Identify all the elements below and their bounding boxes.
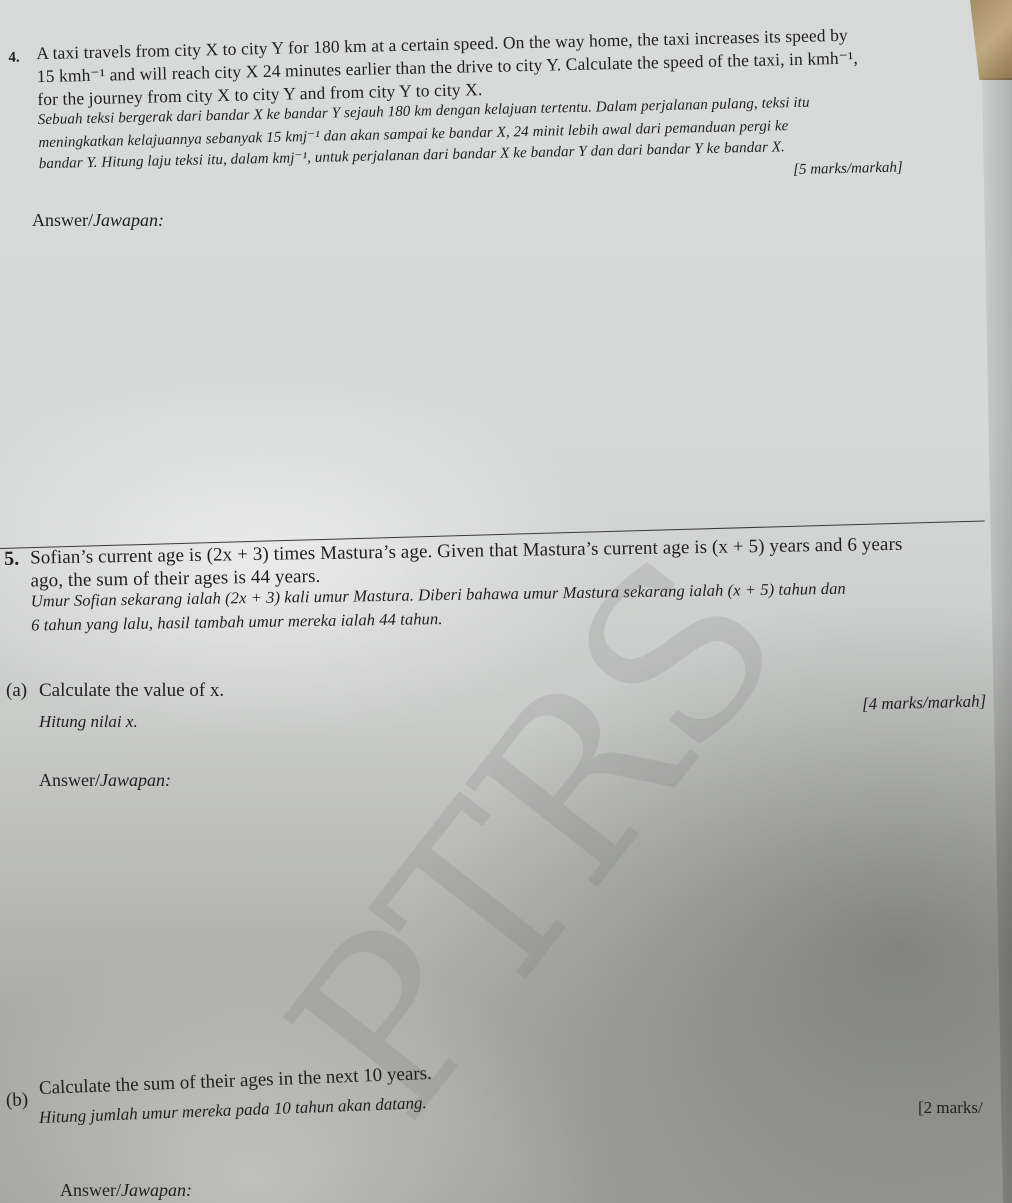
- part-b-label: (b): [6, 1089, 29, 1112]
- part-a-marks: [4 marks/markah]: [862, 691, 987, 714]
- question-text-ms-line-2: 6 tahun yang lalu, hasil tambah umur mer…: [31, 609, 443, 635]
- part-a-label: (a): [6, 680, 27, 702]
- answer-space-q4[interactable]: [30, 240, 960, 520]
- answer-label-ms: Jawapan:: [121, 1180, 192, 1200]
- question-number: 5.: [4, 548, 19, 571]
- part-b-answer-label: Answer/Jawapan:: [60, 1180, 192, 1201]
- answer-space-5a[interactable]: [36, 800, 966, 1060]
- marks-label: [5 marks/markah]: [793, 160, 903, 179]
- part-a-question-en: Calculate the value of x.: [39, 680, 224, 702]
- question-4: 4. A taxi travels from city X to city Y …: [0, 17, 1000, 40]
- answer-label-ms: Jawapan:: [93, 210, 164, 230]
- answer-label-en: Answer/: [39, 770, 100, 790]
- answer-label: Answer/Jawapan:: [32, 210, 164, 231]
- part-a-question-ms: Hitung nilai x.: [39, 712, 138, 732]
- part-b-question-ms: Hitung jumlah umur mereka pada 10 tahun …: [39, 1093, 427, 1128]
- answer-label-en: Answer/: [60, 1180, 121, 1200]
- answer-label-en: Answer/: [32, 210, 93, 230]
- exam-page: PTRS 4. A taxi travels from city X to ci…: [0, 0, 1012, 1203]
- answer-label-ms: Jawapan:: [100, 770, 171, 790]
- question-number: 4.: [8, 50, 20, 67]
- question-text-en-line-1: Sofian’s current age is (2x + 3) times M…: [30, 534, 903, 570]
- table-surface-corner: [970, 0, 1012, 80]
- page-edge-shadow: [982, 78, 1012, 1203]
- part-a-answer-label: Answer/Jawapan:: [39, 770, 171, 791]
- part-b-marks: [2 marks/: [918, 1098, 983, 1118]
